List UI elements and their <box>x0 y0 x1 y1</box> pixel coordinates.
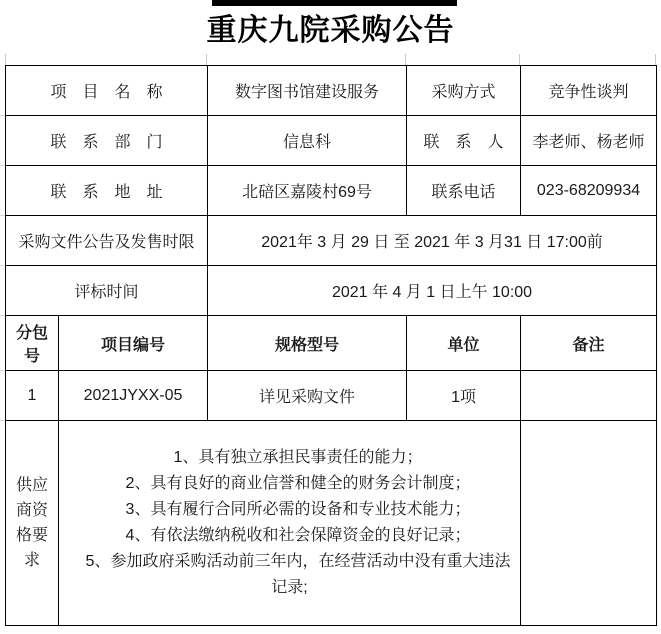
contact-phone-value: 023-68209934 <box>521 166 657 216</box>
requirement-line: 记录; <box>62 575 517 601</box>
doc-sale-period-value: 2021年 3 月 29 日 至 2021 年 3 月31 日 17:00前 <box>208 216 657 266</box>
supplier-requirements-row: 供应商资格要求 1、具有独立承担民事责任的能力； 2、具有良好的商业信誉和健全的… <box>6 421 657 626</box>
spec-model-value: 详见采购文件 <box>208 371 407 421</box>
gridline-stub <box>519 54 520 65</box>
table-row: 项 目 名 称 数字图书馆建设服务 采购方式 竞争性谈判 <box>6 66 657 116</box>
purchase-method-label: 采购方式 <box>407 66 521 116</box>
project-no-value: 2021JYXX-05 <box>59 371 208 421</box>
contact-person-value: 李老师、杨老师 <box>521 116 657 166</box>
gridline-stub <box>5 54 6 65</box>
requirement-line: 1、具有独立承担民事责任的能力； <box>62 445 517 471</box>
remark-value <box>521 371 657 421</box>
supplier-requirements-content: 1、具有独立承担民事责任的能力； 2、具有良好的商业信誉和健全的财务会计制度； … <box>59 421 521 626</box>
gridline-stub <box>655 54 656 65</box>
page-title: 重庆九院采购公告 <box>0 12 661 50</box>
contact-phone-label: 联系电话 <box>407 166 521 216</box>
contact-person-label: 联 系 人 <box>407 116 521 166</box>
table-row: 联 系 地 址 北碚区嘉陵村69号 联系电话 023-68209934 <box>6 166 657 216</box>
package-no-header: 分包号 <box>6 316 59 371</box>
requirements-remark-cell <box>521 421 657 626</box>
contact-department-label: 联 系 部 门 <box>6 116 208 166</box>
unit-header: 单位 <box>407 316 521 371</box>
requirement-line: 3、具有履行合同所必需的设备和专业技术能力； <box>62 497 517 523</box>
table-row: 采购文件公告及发售时限 2021年 3 月 29 日 至 2021 年 3 月3… <box>6 216 657 266</box>
gridline-stub <box>206 54 207 65</box>
package-data-row: 1 2021JYXX-05 详见采购文件 1项 <box>6 371 657 421</box>
table-row: 联 系 部 门 信息科 联 系 人 李老师、杨老师 <box>6 116 657 166</box>
announcement-table: 项 目 名 称 数字图书馆建设服务 采购方式 竞争性谈判 联 系 部 门 信息科… <box>5 65 657 626</box>
requirement-line: 5、参加政府采购活动前三年内，在经营活动中没有重大违法 <box>62 549 517 575</box>
project-name-value: 数字图书馆建设服务 <box>208 66 407 116</box>
doc-sale-period-label: 采购文件公告及发售时限 <box>6 216 208 266</box>
remark-header: 备注 <box>521 316 657 371</box>
table-row: 评标时间 2021 年 4 月 1 日上午 10:00 <box>6 266 657 316</box>
package-header-row: 分包号 项目编号 规格型号 单位 备注 <box>6 316 657 371</box>
gridline-stub <box>405 54 406 65</box>
contact-address-label: 联 系 地 址 <box>6 166 208 216</box>
project-name-label: 项 目 名 称 <box>6 66 208 116</box>
spec-model-header: 规格型号 <box>208 316 407 371</box>
contact-address-value: 北碚区嘉陵村69号 <box>208 166 407 216</box>
unit-value: 1项 <box>407 371 521 421</box>
contact-department-value: 信息科 <box>208 116 407 166</box>
project-no-header: 项目编号 <box>59 316 208 371</box>
package-no-value: 1 <box>6 371 59 421</box>
evaluation-time-value: 2021 年 4 月 1 日上午 10:00 <box>208 266 657 316</box>
evaluation-time-label: 评标时间 <box>6 266 208 316</box>
supplier-requirements-label: 供应商资格要求 <box>6 421 59 626</box>
procurement-announcement-page: 重庆九院采购公告 项 目 名 称 数字图书馆建设服务 采购方式 竞争性谈判 联 … <box>0 0 661 634</box>
cropped-text-bar <box>212 0 457 6</box>
requirement-line: 4、有依法缴纳税收和社会保障资金的良好记录； <box>62 523 517 549</box>
requirement-line: 2、具有良好的商业信誉和健全的财务会计制度； <box>62 471 517 497</box>
purchase-method-value: 竞争性谈判 <box>521 66 657 116</box>
